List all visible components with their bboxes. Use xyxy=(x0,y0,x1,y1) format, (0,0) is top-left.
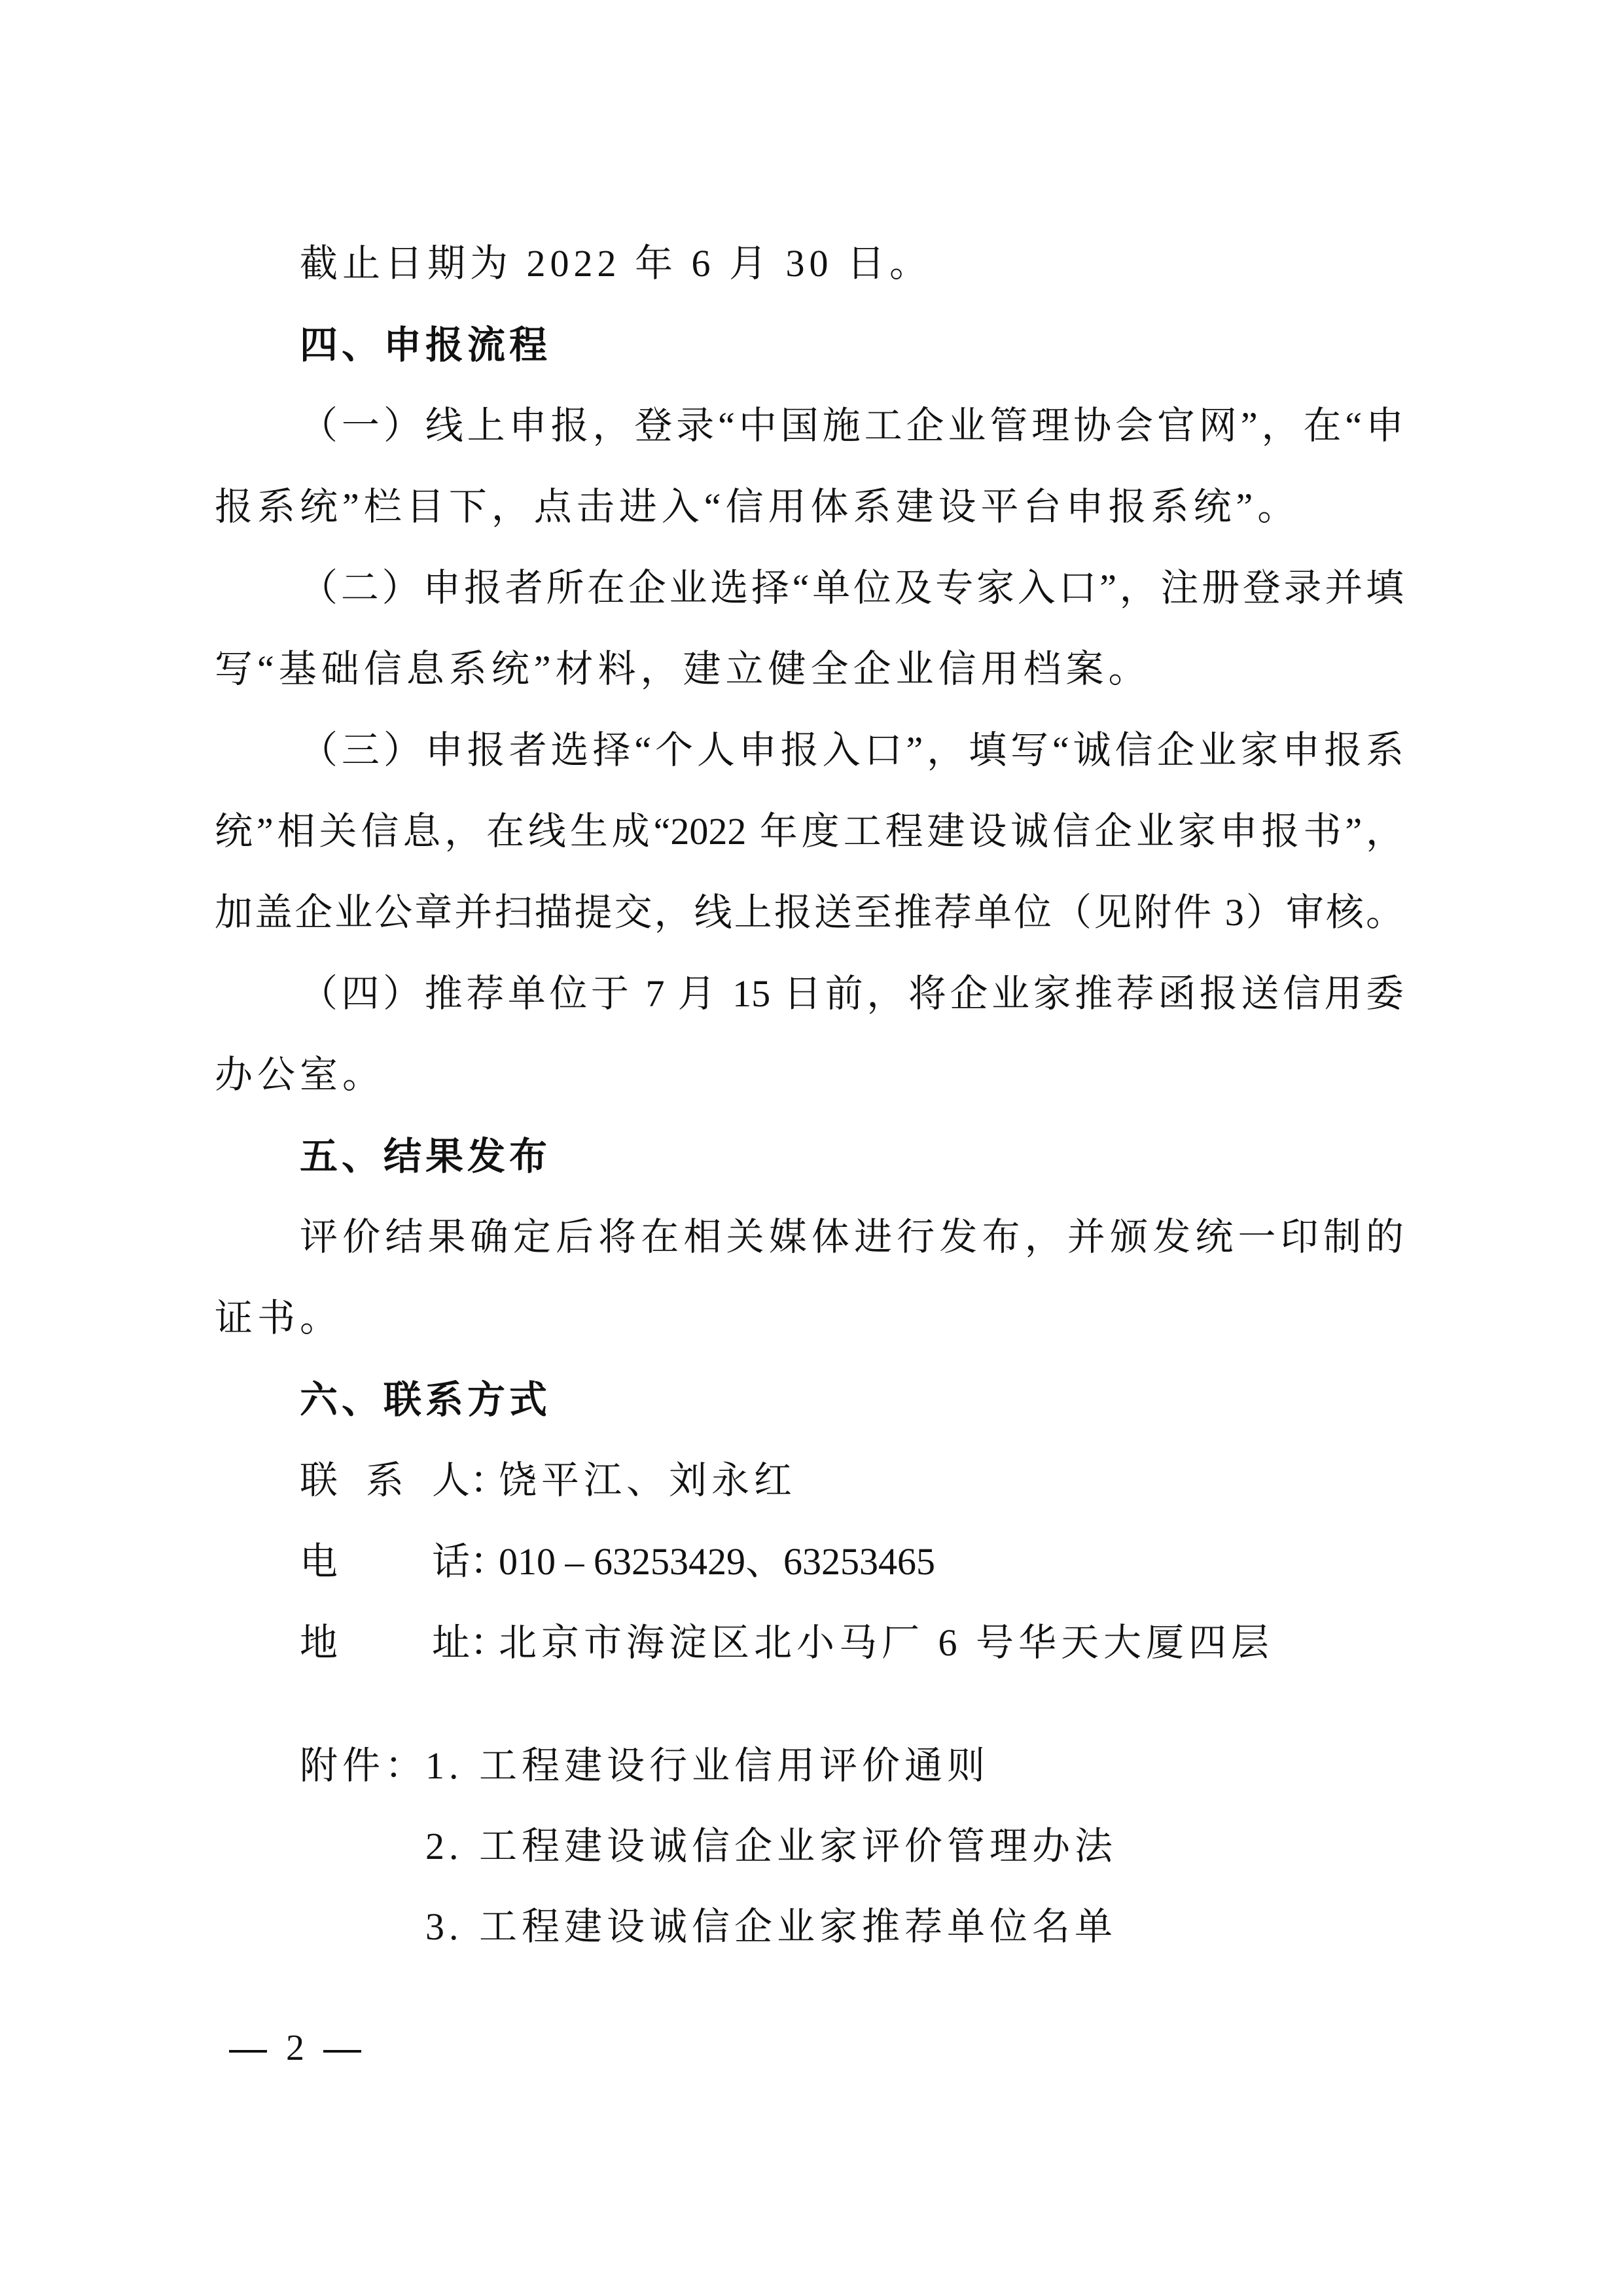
paragraph-2-line-2: 写“基础信息系统”材料，建立健全企业信用档案。 xyxy=(215,643,1151,696)
contact-phone-colon: ： xyxy=(470,1536,499,1588)
page-number-value: 2 xyxy=(267,2022,323,2074)
paragraph-1-line-2: 报系统”栏目下，点击进入“信用体系建设平台申报系统”。 xyxy=(215,481,1300,533)
paragraph-5-line-1: 评价结果确定后将在相关媒体进行发布，并颁发统一印制的 xyxy=(300,1211,1404,1263)
attachment-title: 工程建设诚信企业家推荐单位名单 xyxy=(479,1905,1117,1948)
contact-phone-value: 010 – 63253429、63253465 xyxy=(499,1540,935,1583)
paragraph-3-line-3: 加盖企业公章并扫描提交，线上报送至推荐单位（见附件 3）审核。 xyxy=(215,887,1404,939)
attachment-number: 3. xyxy=(425,1901,479,1953)
attachment-row-2: 2.工程建设诚信企业家评价管理办法 xyxy=(425,1820,1117,1873)
attachment-number: 1. xyxy=(425,1740,479,1792)
contact-phone-label: 电 话 xyxy=(300,1536,470,1588)
section-heading-4: 四、申报流程 xyxy=(300,319,551,371)
attachment-row-3: 3.工程建设诚信企业家推荐单位名单 xyxy=(425,1901,1117,1953)
contact-address-colon: ： xyxy=(470,1617,499,1669)
attachment-row-1: 附件：1.工程建设行业信用评价通则 xyxy=(300,1740,990,1792)
deadline-line: 截止日期为 2022 年 6 月 30 日。 xyxy=(300,238,932,290)
section-heading-5: 五、结果发布 xyxy=(300,1130,551,1182)
paragraph-2-line-1: （二）申报者所在企业选择“单位及专家入口”，注册登录并填 xyxy=(300,562,1404,614)
paragraph-3-line-2: 统”相关信息，在线生成“2022 年度工程建设诚信企业家申报书”， xyxy=(215,805,1404,858)
page-number-right-dash xyxy=(323,2050,361,2053)
contact-address-row: 地 址：北京市海淀区北小马厂 6 号华天大厦四层 xyxy=(300,1617,1274,1669)
attachment-number: 2. xyxy=(425,1820,479,1873)
attachments-label: 附件： xyxy=(300,1740,425,1792)
paragraph-4-line-2: 办公室。 xyxy=(215,1049,385,1101)
attachment-title: 工程建设行业信用评价通则 xyxy=(479,1744,990,1787)
section-heading-6: 六、联系方式 xyxy=(300,1373,551,1426)
document-page: 截止日期为 2022 年 6 月 30 日。 四、申报流程 （一）线上申报，登录… xyxy=(0,0,1623,2296)
contact-person-label: 联系人 xyxy=(300,1455,470,1507)
contact-address-value: 北京市海淀区北小马厂 6 号华天大厦四层 xyxy=(499,1621,1274,1664)
contact-person-row: 联系人：饶平江、刘永红 xyxy=(300,1455,796,1507)
contact-person-value: 饶平江、刘永红 xyxy=(499,1459,796,1502)
page-number-left-dash xyxy=(229,2050,267,2053)
paragraph-3-line-1: （三）申报者选择“个人申报入口”，填写“诚信企业家申报系 xyxy=(300,724,1404,777)
paragraph-1-line-1: （一）线上申报，登录“中国施工企业管理协会官网”，在“申 xyxy=(300,400,1404,452)
contact-person-colon: ： xyxy=(470,1455,499,1507)
paragraph-5-line-2: 证书。 xyxy=(215,1292,342,1345)
attachment-title: 工程建设诚信企业家评价管理办法 xyxy=(479,1825,1117,1867)
paragraph-4-line-1: （四）推荐单位于 7 月 15 日前，将企业家推荐函报送信用委 xyxy=(300,968,1404,1020)
page-number: 2 xyxy=(229,2022,361,2074)
contact-address-label: 地 址 xyxy=(300,1617,470,1669)
contact-phone-row: 电 话：010 – 63253429、63253465 xyxy=(300,1536,935,1588)
